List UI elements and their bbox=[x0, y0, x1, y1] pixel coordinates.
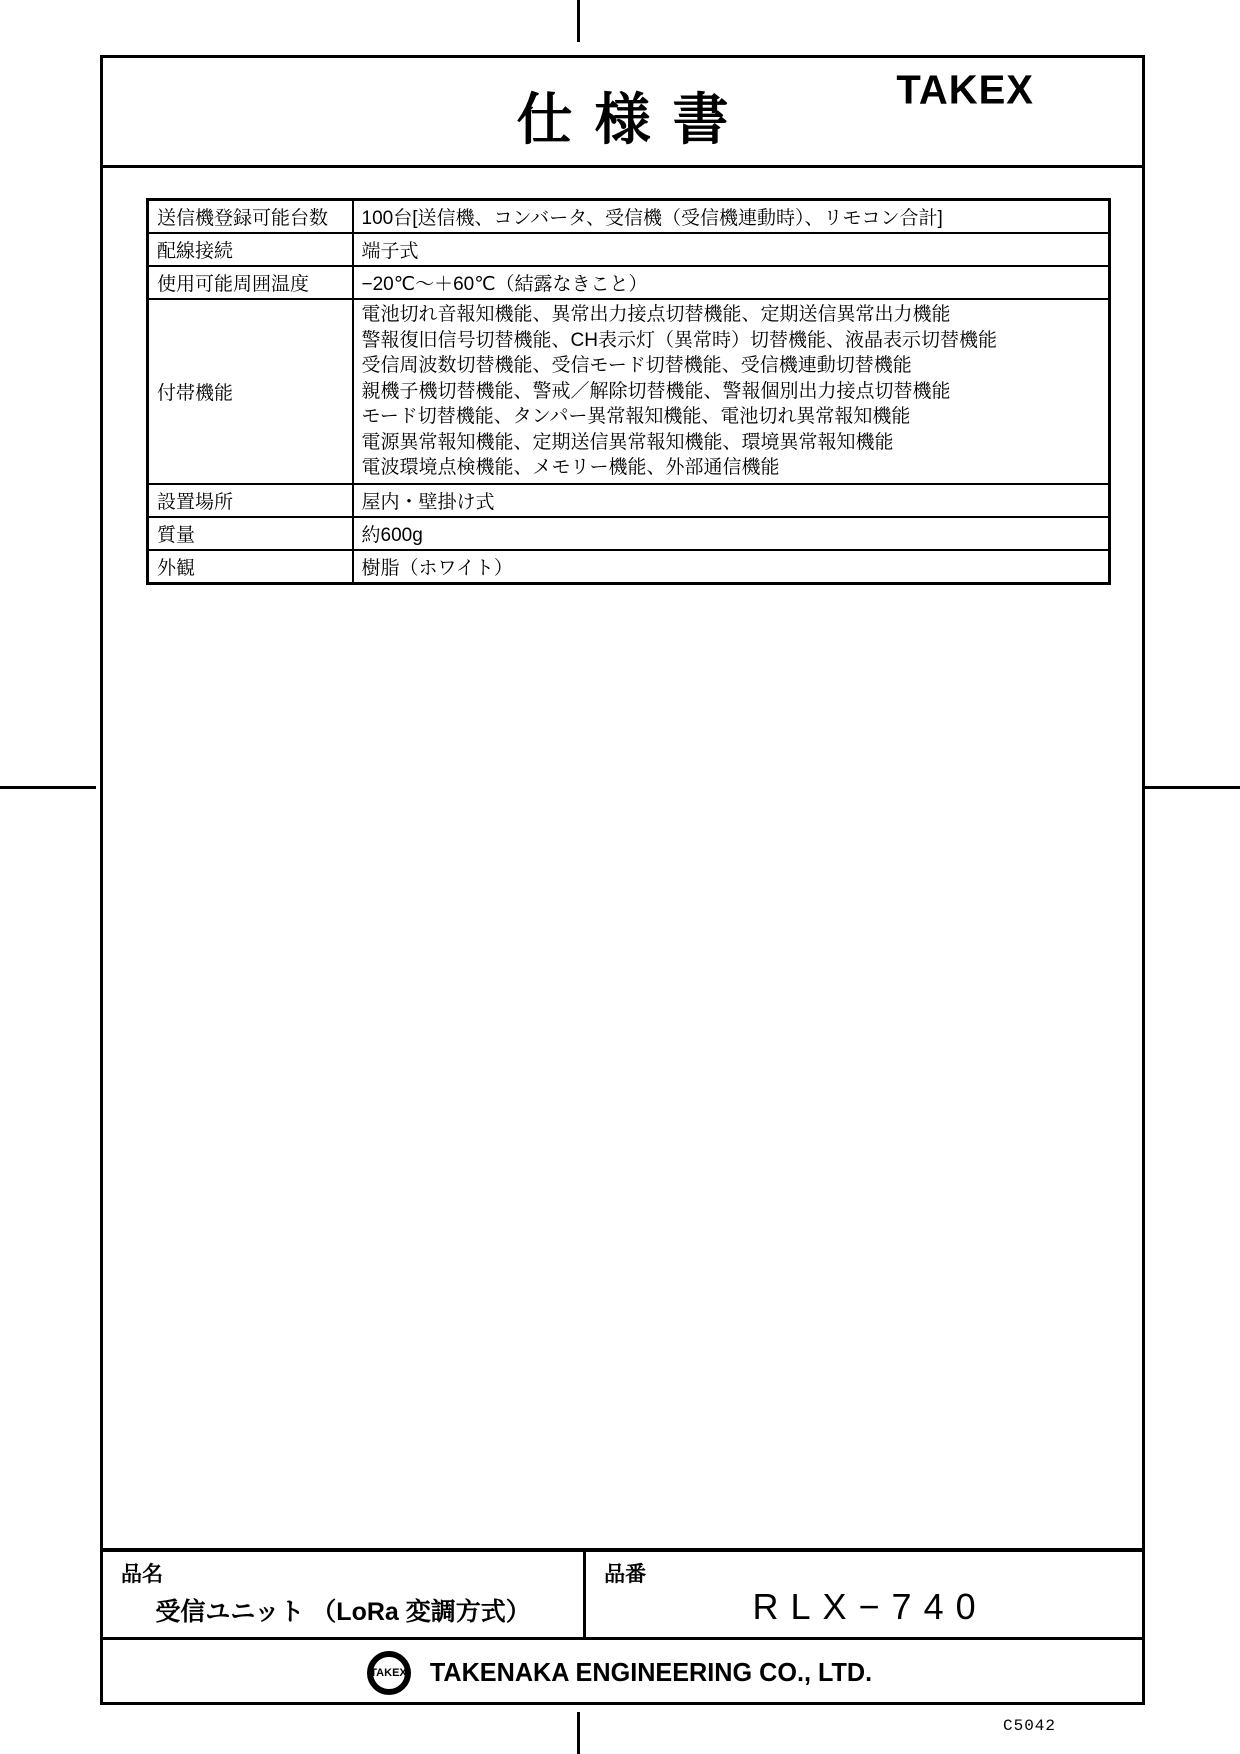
crop-mark-right bbox=[1144, 786, 1240, 789]
feature-line: モード切替機能、タンパー異常報知機能、電池切れ異常報知機能 bbox=[362, 404, 1101, 430]
row-value: 樹脂（ホワイト） bbox=[353, 550, 1110, 584]
feature-line: 親機子機切替機能、警戒／解除切替機能、警報個別出力接点切替機能 bbox=[362, 379, 1101, 405]
row-value: 屋内・壁掛け式 bbox=[353, 484, 1110, 517]
row-value: 100台[送信機、コンバータ、受信機（受信機連動時）、リモコン合計] bbox=[353, 200, 1110, 234]
table-row: 配線接続 端子式 bbox=[148, 233, 1110, 266]
row-label: 配線接続 bbox=[148, 233, 353, 266]
row-label: 外観 bbox=[148, 550, 353, 584]
row-label: 設置場所 bbox=[148, 484, 353, 517]
feature-line: 警報復旧信号切替機能、CH表示灯（異常時）切替機能、液晶表示切替機能 bbox=[362, 328, 1101, 354]
part-number-cell: 品番 RLX−740 bbox=[586, 1552, 1142, 1637]
product-name: 受信ユニット （LoRa 変調方式） bbox=[103, 1592, 583, 1628]
header: 仕様書 TAKEX bbox=[103, 58, 1142, 168]
row-value: 約600g bbox=[353, 517, 1110, 550]
part-number: RLX−740 bbox=[586, 1586, 1142, 1628]
row-value: −20℃～＋60℃（結露なきこと） bbox=[353, 266, 1110, 299]
table-row: 外観 樹脂（ホワイト） bbox=[148, 550, 1110, 584]
table-row: 質量 約600g bbox=[148, 517, 1110, 550]
row-label: 付帯機能 bbox=[148, 299, 353, 484]
spec-table: 送信機登録可能台数 100台[送信機、コンバータ、受信機（受信機連動時）、リモコ… bbox=[146, 198, 1111, 585]
row-value: 端子式 bbox=[353, 233, 1110, 266]
spec-sheet-page: 仕様書 TAKEX 送信機登録可能台数 100台[送信機、コンバータ、受信機（受… bbox=[100, 55, 1145, 1705]
feature-line: 受信周波数切替機能、受信モード切替機能、受信機連動切替機能 bbox=[362, 353, 1101, 379]
crop-mark-left bbox=[0, 786, 96, 789]
row-label: 使用可能周囲温度 bbox=[148, 266, 353, 299]
company-footer: TAKEX TAKENAKA ENGINEERING CO., LTD. bbox=[103, 1640, 1142, 1705]
part-number-label: 品番 bbox=[604, 1558, 646, 1588]
feature-line: 電源異常報知機能、定期送信異常報知機能、環境異常報知機能 bbox=[362, 430, 1101, 456]
circle-logo-text: TAKEX bbox=[370, 1667, 406, 1679]
table-row: 設置場所 屋内・壁掛け式 bbox=[148, 484, 1110, 517]
company-name: TAKENAKA ENGINEERING CO., LTD. bbox=[429, 1657, 871, 1688]
crop-mark-top bbox=[577, 0, 580, 42]
row-value-features: 電池切れ音報知機能、異常出力接点切替機能、定期送信異常出力機能 警報復旧信号切替… bbox=[353, 299, 1110, 484]
takex-circle-logo-icon: TAKEX bbox=[367, 1651, 411, 1695]
product-name-label: 品名 bbox=[121, 1558, 163, 1588]
crop-mark-bottom bbox=[577, 1712, 580, 1754]
table-row: 使用可能周囲温度 −20℃～＋60℃（結露なきこと） bbox=[148, 266, 1110, 299]
doc-code: C5042 bbox=[1003, 1717, 1056, 1735]
takex-logo: TAKEX bbox=[896, 68, 1034, 114]
table-row: 送信機登録可能台数 100台[送信機、コンバータ、受信機（受信機連動時）、リモコ… bbox=[148, 200, 1110, 234]
table-row-features: 付帯機能 電池切れ音報知機能、異常出力接点切替機能、定期送信異常出力機能 警報復… bbox=[148, 299, 1110, 484]
feature-line: 電池切れ音報知機能、異常出力接点切替機能、定期送信異常出力機能 bbox=[362, 302, 1101, 328]
feature-line: 電波環境点検機能、メモリー機能、外部通信機能 bbox=[362, 455, 1101, 481]
row-label: 質量 bbox=[148, 517, 353, 550]
title-block: 品名 受信ユニット （LoRa 変調方式） 品番 RLX−740 bbox=[103, 1548, 1142, 1640]
row-label: 送信機登録可能台数 bbox=[148, 200, 353, 234]
product-name-cell: 品名 受信ユニット （LoRa 変調方式） bbox=[103, 1552, 586, 1637]
